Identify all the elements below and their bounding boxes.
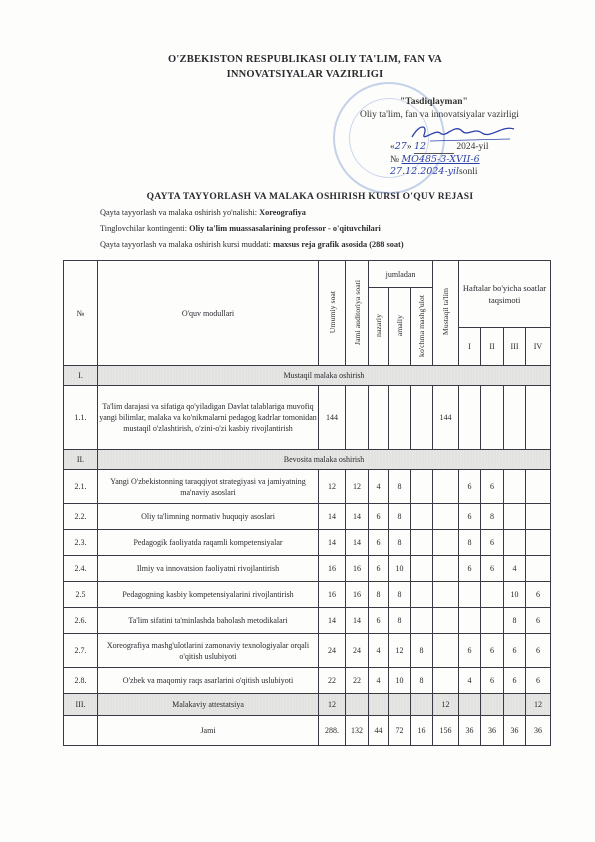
approval-number-date: 27.12.2024-yilsonli — [360, 166, 595, 178]
cell-w3 — [504, 694, 526, 716]
section-number: I. — [64, 366, 98, 386]
cell-auditorium: 16 — [346, 582, 369, 608]
module-name: Yangi O'zbekistonning taraqqiyot strateg… — [98, 470, 319, 504]
row-number: 2.3. — [64, 530, 98, 556]
table-row: 2.4.Ilmiy va innovatsion faoliyatni rivo… — [64, 556, 551, 582]
cell-w2 — [481, 694, 504, 716]
cell-theory: 6 — [369, 504, 389, 530]
cell-w2: 6 — [481, 530, 504, 556]
ministry-line-1: O'ZBEKISTON RESPUBLIKASI OLIY TA'LIM, FA… — [150, 52, 460, 67]
row-number: 2.6. — [64, 608, 98, 634]
cell-practice: 8 — [389, 582, 411, 608]
cell-total: 12 — [319, 694, 346, 716]
table-row: 2.3.Pedagogik faoliyatda raqamli kompete… — [64, 530, 551, 556]
total-total: 288. — [319, 716, 346, 746]
total-w2: 36 — [481, 716, 504, 746]
module-name: O'zbek va maqomiy raqs asarlarini o'qiti… — [98, 668, 319, 694]
cell-independent — [433, 504, 459, 530]
section-title: Bevosita malaka oshirish — [98, 450, 551, 470]
total-w3: 36 — [504, 716, 526, 746]
cell-w2: 8 — [481, 504, 504, 530]
cell-auditorium: 14 — [346, 504, 369, 530]
cell-practice: 10 — [389, 668, 411, 694]
cell-total: 22 — [319, 668, 346, 694]
row-number: 2.4. — [64, 556, 98, 582]
header-including: jumladan — [369, 261, 433, 288]
module-name: Oliy ta'limning normativ huquqiy asoslar… — [98, 504, 319, 530]
total-w4: 36 — [526, 716, 551, 746]
cell-practice: 8 — [389, 470, 411, 504]
cell-w4 — [526, 504, 551, 530]
row-number: 2.8. — [64, 668, 98, 694]
approval-year: 2024-yil — [456, 142, 488, 152]
cell-w3: 8 — [504, 608, 526, 634]
row-number: 2.2. — [64, 504, 98, 530]
total-independent: 156 — [433, 716, 459, 746]
section-row: II.Bevosita malaka oshirish — [64, 450, 551, 470]
cell-w3: 6 — [504, 668, 526, 694]
section-number: II. — [64, 450, 98, 470]
header-week-3: III — [504, 328, 526, 366]
row-number: 2.7. — [64, 634, 98, 668]
cell-independent — [433, 668, 459, 694]
cell-total: 14 — [319, 530, 346, 556]
plan-duration: Qayta tayyorlash va malaka oshirish kurs… — [100, 240, 404, 249]
cell-field — [411, 556, 433, 582]
cell-total: 144 — [319, 386, 346, 450]
cell-w2: 6 — [481, 556, 504, 582]
cell-w1: 6 — [459, 556, 481, 582]
cell-field: 8 — [411, 668, 433, 694]
cell-w1 — [459, 582, 481, 608]
cell-w4: 6 — [526, 608, 551, 634]
row-number: 2.1. — [64, 470, 98, 504]
cell-w4 — [526, 556, 551, 582]
cell-theory: 6 — [369, 608, 389, 634]
header-total: Umumiy soat — [319, 261, 346, 366]
total-field: 16 — [411, 716, 433, 746]
cell-theory: 4 — [369, 668, 389, 694]
cell-w4 — [526, 386, 551, 450]
cell-w2: 6 — [481, 668, 504, 694]
cell-auditorium: 14 — [346, 608, 369, 634]
section-title: Mustaqil malaka oshirish — [98, 366, 551, 386]
header-practice: amaliy — [389, 288, 411, 366]
cell-field — [411, 694, 433, 716]
header-independent: Mustaqil ta'lim — [433, 261, 459, 366]
cell-w1 — [459, 386, 481, 450]
cell-w2 — [481, 386, 504, 450]
total-auditorium: 132 — [346, 716, 369, 746]
cell-w3: 4 — [504, 556, 526, 582]
cell-w3: 10 — [504, 582, 526, 608]
header-week-4: IV — [526, 328, 551, 366]
cell-theory — [369, 694, 389, 716]
header-number: № — [64, 261, 98, 366]
cell-total: 12 — [319, 470, 346, 504]
section-title: Malakaviy attestatsiya — [98, 694, 319, 716]
cell-field — [411, 530, 433, 556]
cell-total: 14 — [319, 504, 346, 530]
ministry-heading: O'ZBEKISTON RESPUBLIKASI OLIY TA'LIM, FA… — [150, 52, 460, 82]
curriculum-table: № O'quv modullari Umumiy soat Jami audit… — [63, 260, 551, 746]
plan-direction: Qayta tayyorlash va malaka oshirish yo'n… — [100, 208, 306, 217]
cell-auditorium: 24 — [346, 634, 369, 668]
module-name: Ta'lim darajasi va sifatiga qo'yiladigan… — [98, 386, 319, 450]
cell-w3: 6 — [504, 634, 526, 668]
cell-field — [411, 608, 433, 634]
cell-independent: 144 — [433, 386, 459, 450]
cell-field — [411, 504, 433, 530]
cell-w3 — [504, 530, 526, 556]
cell-field: 8 — [411, 634, 433, 668]
cell-auditorium: 16 — [346, 556, 369, 582]
cell-independent — [433, 608, 459, 634]
cell-total: 24 — [319, 634, 346, 668]
approval-title: "Tasdiqlayman" — [360, 96, 595, 108]
table-row: 2.6.Ta'lim sifatini ta'minlashda baholas… — [64, 608, 551, 634]
cell-w1: 6 — [459, 470, 481, 504]
header-week-2: II — [481, 328, 504, 366]
table-row: 2.7.Xoreografiya mashg'ulotlarini zamona… — [64, 634, 551, 668]
total-theory: 44 — [369, 716, 389, 746]
cell-theory — [369, 386, 389, 450]
cell-w4: 6 — [526, 668, 551, 694]
cell-independent — [433, 556, 459, 582]
cell-auditorium — [346, 694, 369, 716]
header-weeks: Haftalar bo'yicha soatlar taqsimoti — [459, 261, 551, 328]
approval-day: 27 — [395, 141, 407, 152]
cell-w1 — [459, 608, 481, 634]
section-row: I.Mustaqil malaka oshirish — [64, 366, 551, 386]
cell-w4 — [526, 530, 551, 556]
row-number: 2.5 — [64, 582, 98, 608]
section-number: III. — [64, 694, 98, 716]
cell-theory: 4 — [369, 470, 389, 504]
cell-total: 16 — [319, 556, 346, 582]
module-name: Ta'lim sifatini ta'minlashda baholash me… — [98, 608, 319, 634]
cell-total: 16 — [319, 582, 346, 608]
cell-auditorium — [346, 386, 369, 450]
signature-area — [360, 123, 595, 141]
approval-number-value: MO485-3-XVII-6 — [401, 154, 479, 165]
cell-w2 — [481, 582, 504, 608]
cell-independent — [433, 530, 459, 556]
cell-independent — [433, 634, 459, 668]
cell-w2: 6 — [481, 470, 504, 504]
header-auditorium: Jami auditoriya soati — [346, 261, 369, 366]
approval-block: "Tasdiqlayman" Oliy ta'lim, fan va innov… — [360, 96, 595, 178]
cell-w1: 8 — [459, 530, 481, 556]
cell-independent: 12 — [433, 694, 459, 716]
header-modules: O'quv modullari — [98, 261, 319, 366]
totals-number — [64, 716, 98, 746]
cell-w4 — [526, 470, 551, 504]
cell-theory: 6 — [369, 556, 389, 582]
cell-w4: 6 — [526, 634, 551, 668]
cell-theory: 8 — [369, 582, 389, 608]
module-name: Xoreografiya mashg'ulotlarini zamonaviy … — [98, 634, 319, 668]
cell-practice: 8 — [389, 608, 411, 634]
cell-w1: 6 — [459, 504, 481, 530]
cell-auditorium: 14 — [346, 530, 369, 556]
totals-row: Jami288.13244721615636363636 — [64, 716, 551, 746]
cell-w4: 6 — [526, 582, 551, 608]
total-w1: 36 — [459, 716, 481, 746]
cell-w3 — [504, 504, 526, 530]
cell-w4: 12 — [526, 694, 551, 716]
approval-number: № MO485-3-XVII-6 — [360, 154, 595, 166]
cell-w3 — [504, 386, 526, 450]
cell-field — [411, 470, 433, 504]
header-week-1: I — [459, 328, 481, 366]
table-row: 2.2.Oliy ta'limning normativ huquqiy aso… — [64, 504, 551, 530]
cell-w2 — [481, 608, 504, 634]
cell-practice: 12 — [389, 634, 411, 668]
cell-practice — [389, 386, 411, 450]
cell-auditorium: 22 — [346, 668, 369, 694]
cell-theory: 6 — [369, 530, 389, 556]
cell-practice: 8 — [389, 530, 411, 556]
total-practice: 72 — [389, 716, 411, 746]
attestation-row: III.Malakaviy attestatsiya121212 — [64, 694, 551, 716]
plan-title: QAYTA TAYYORLASH VA MALAKA OSHIRISH KURS… — [110, 192, 510, 202]
cell-practice — [389, 694, 411, 716]
cell-theory: 4 — [369, 634, 389, 668]
cell-auditorium: 12 — [346, 470, 369, 504]
cell-field — [411, 386, 433, 450]
cell-practice: 10 — [389, 556, 411, 582]
module-name: Pedagogik faoliyatda raqamli kompetensiy… — [98, 530, 319, 556]
cell-practice: 8 — [389, 504, 411, 530]
header-theory: nazariy — [369, 288, 389, 366]
row-number: 1.1. — [64, 386, 98, 450]
cell-w1 — [459, 694, 481, 716]
totals-label: Jami — [98, 716, 319, 746]
header-field: ko'chma mashg'ulot — [411, 288, 433, 366]
approval-organization: Oliy ta'lim, fan va innovatsiyalar vazir… — [360, 109, 595, 121]
cell-total: 14 — [319, 608, 346, 634]
cell-w2: 6 — [481, 634, 504, 668]
cell-independent — [433, 470, 459, 504]
cell-w3 — [504, 470, 526, 504]
table-row: 1.1.Ta'lim darajasi va sifatiga qo'yilad… — [64, 386, 551, 450]
ministry-line-2: INNOVATSIYALAR VAZIRLIGI — [150, 67, 460, 82]
plan-contingent: Tinglovchilar kontingenti: Oliy ta'lim m… — [100, 224, 381, 233]
table-row: 2.5Pedagogning kasbiy kompetensiyalarini… — [64, 582, 551, 608]
cell-field — [411, 582, 433, 608]
table-row: 2.1.Yangi O'zbekistonning taraqqiyot str… — [64, 470, 551, 504]
module-name: Ilmiy va innovatsion faoliyatni rivojlan… — [98, 556, 319, 582]
module-name: Pedagogning kasbiy kompetensiyalarini ri… — [98, 582, 319, 608]
table-row: 2.8.O'zbek va maqomiy raqs asarlarini o'… — [64, 668, 551, 694]
cell-w1: 6 — [459, 634, 481, 668]
cell-w1: 4 — [459, 668, 481, 694]
cell-independent — [433, 582, 459, 608]
signature-icon — [410, 121, 520, 143]
